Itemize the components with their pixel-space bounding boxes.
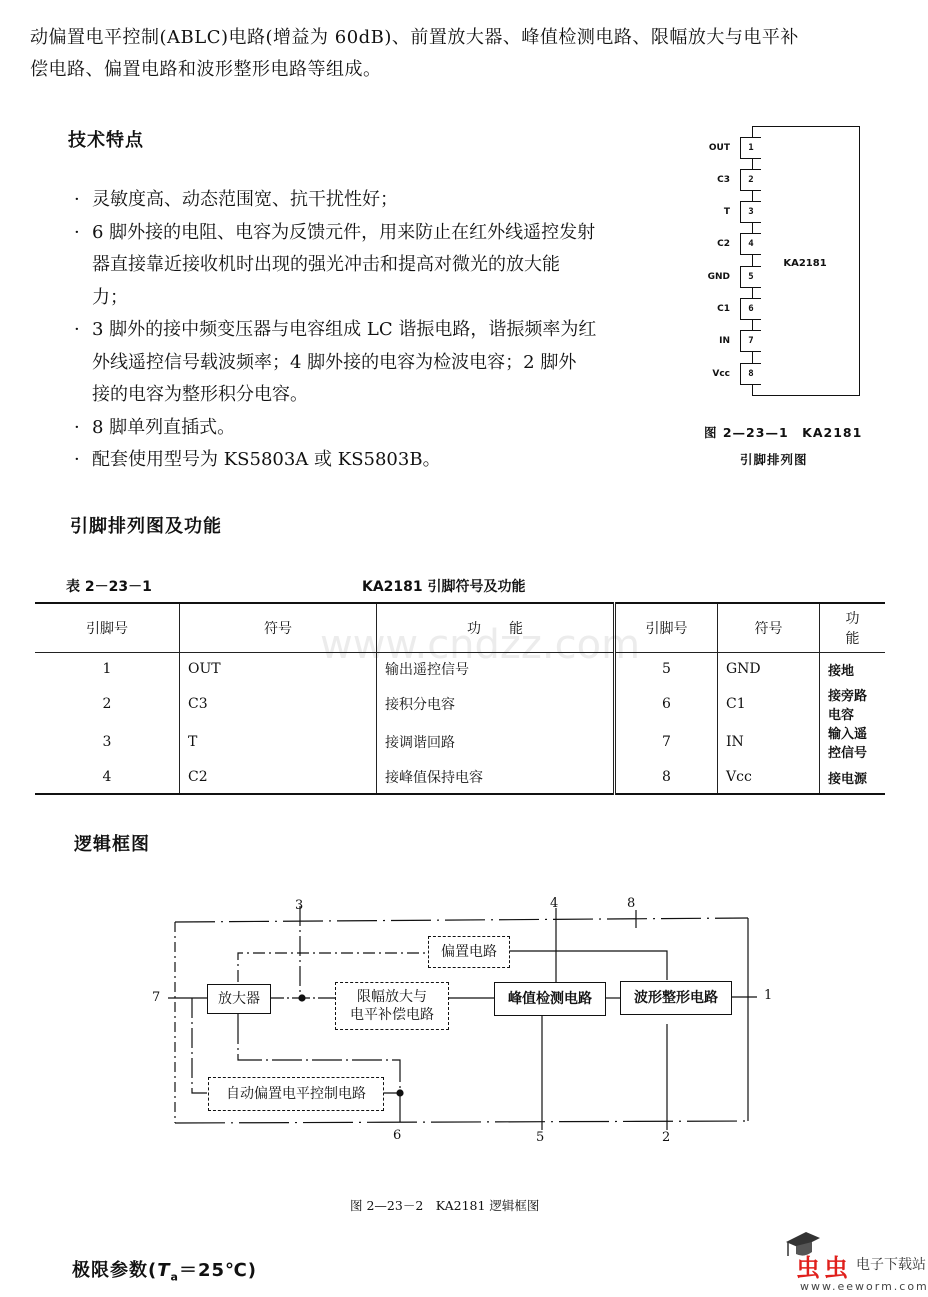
pin-label-4: 4: [550, 896, 558, 911]
temperature-symbol: T: [157, 1260, 170, 1281]
limits-heading: 极限参数(Ta＝25℃): [72, 1256, 257, 1284]
site-logo: 虫虫 电子下载站 www.eeworm.com: [778, 1228, 928, 1296]
peak-detector-block: 峰值检测电路: [494, 982, 606, 1016]
pin-label-3: 3: [295, 898, 303, 913]
pin-label-8: 8: [627, 896, 635, 911]
logic-diagram-caption: 图 2—23－2 KA2181 逻辑框图: [350, 1196, 539, 1214]
logic-diagram-wires: [0, 0, 928, 1297]
limiter-label-line-1: 限幅放大与: [357, 988, 427, 1006]
pin-label-7: 7: [152, 990, 160, 1005]
pin-label-5: 5: [536, 1130, 544, 1145]
logo-brand: 虫虫: [796, 1248, 852, 1283]
amplifier-block: 放大器: [207, 984, 271, 1014]
bias-circuit-block: 偏置电路: [428, 936, 510, 968]
limiter-label-line-2: 电平补偿电路: [350, 1006, 434, 1024]
pin-label-6: 6: [393, 1128, 401, 1143]
ablc-block: 自动偏置电平控制电路: [208, 1077, 384, 1111]
limiter-block: 限幅放大与 电平补偿电路: [335, 982, 449, 1030]
logo-url: www.eeworm.com: [800, 1280, 928, 1293]
pin-label-2: 2: [662, 1130, 670, 1145]
waveform-shaper-block: 波形整形电路: [620, 981, 732, 1015]
logo-subtitle: 电子下载站: [856, 1254, 926, 1274]
pin-label-1: 1: [764, 988, 772, 1003]
